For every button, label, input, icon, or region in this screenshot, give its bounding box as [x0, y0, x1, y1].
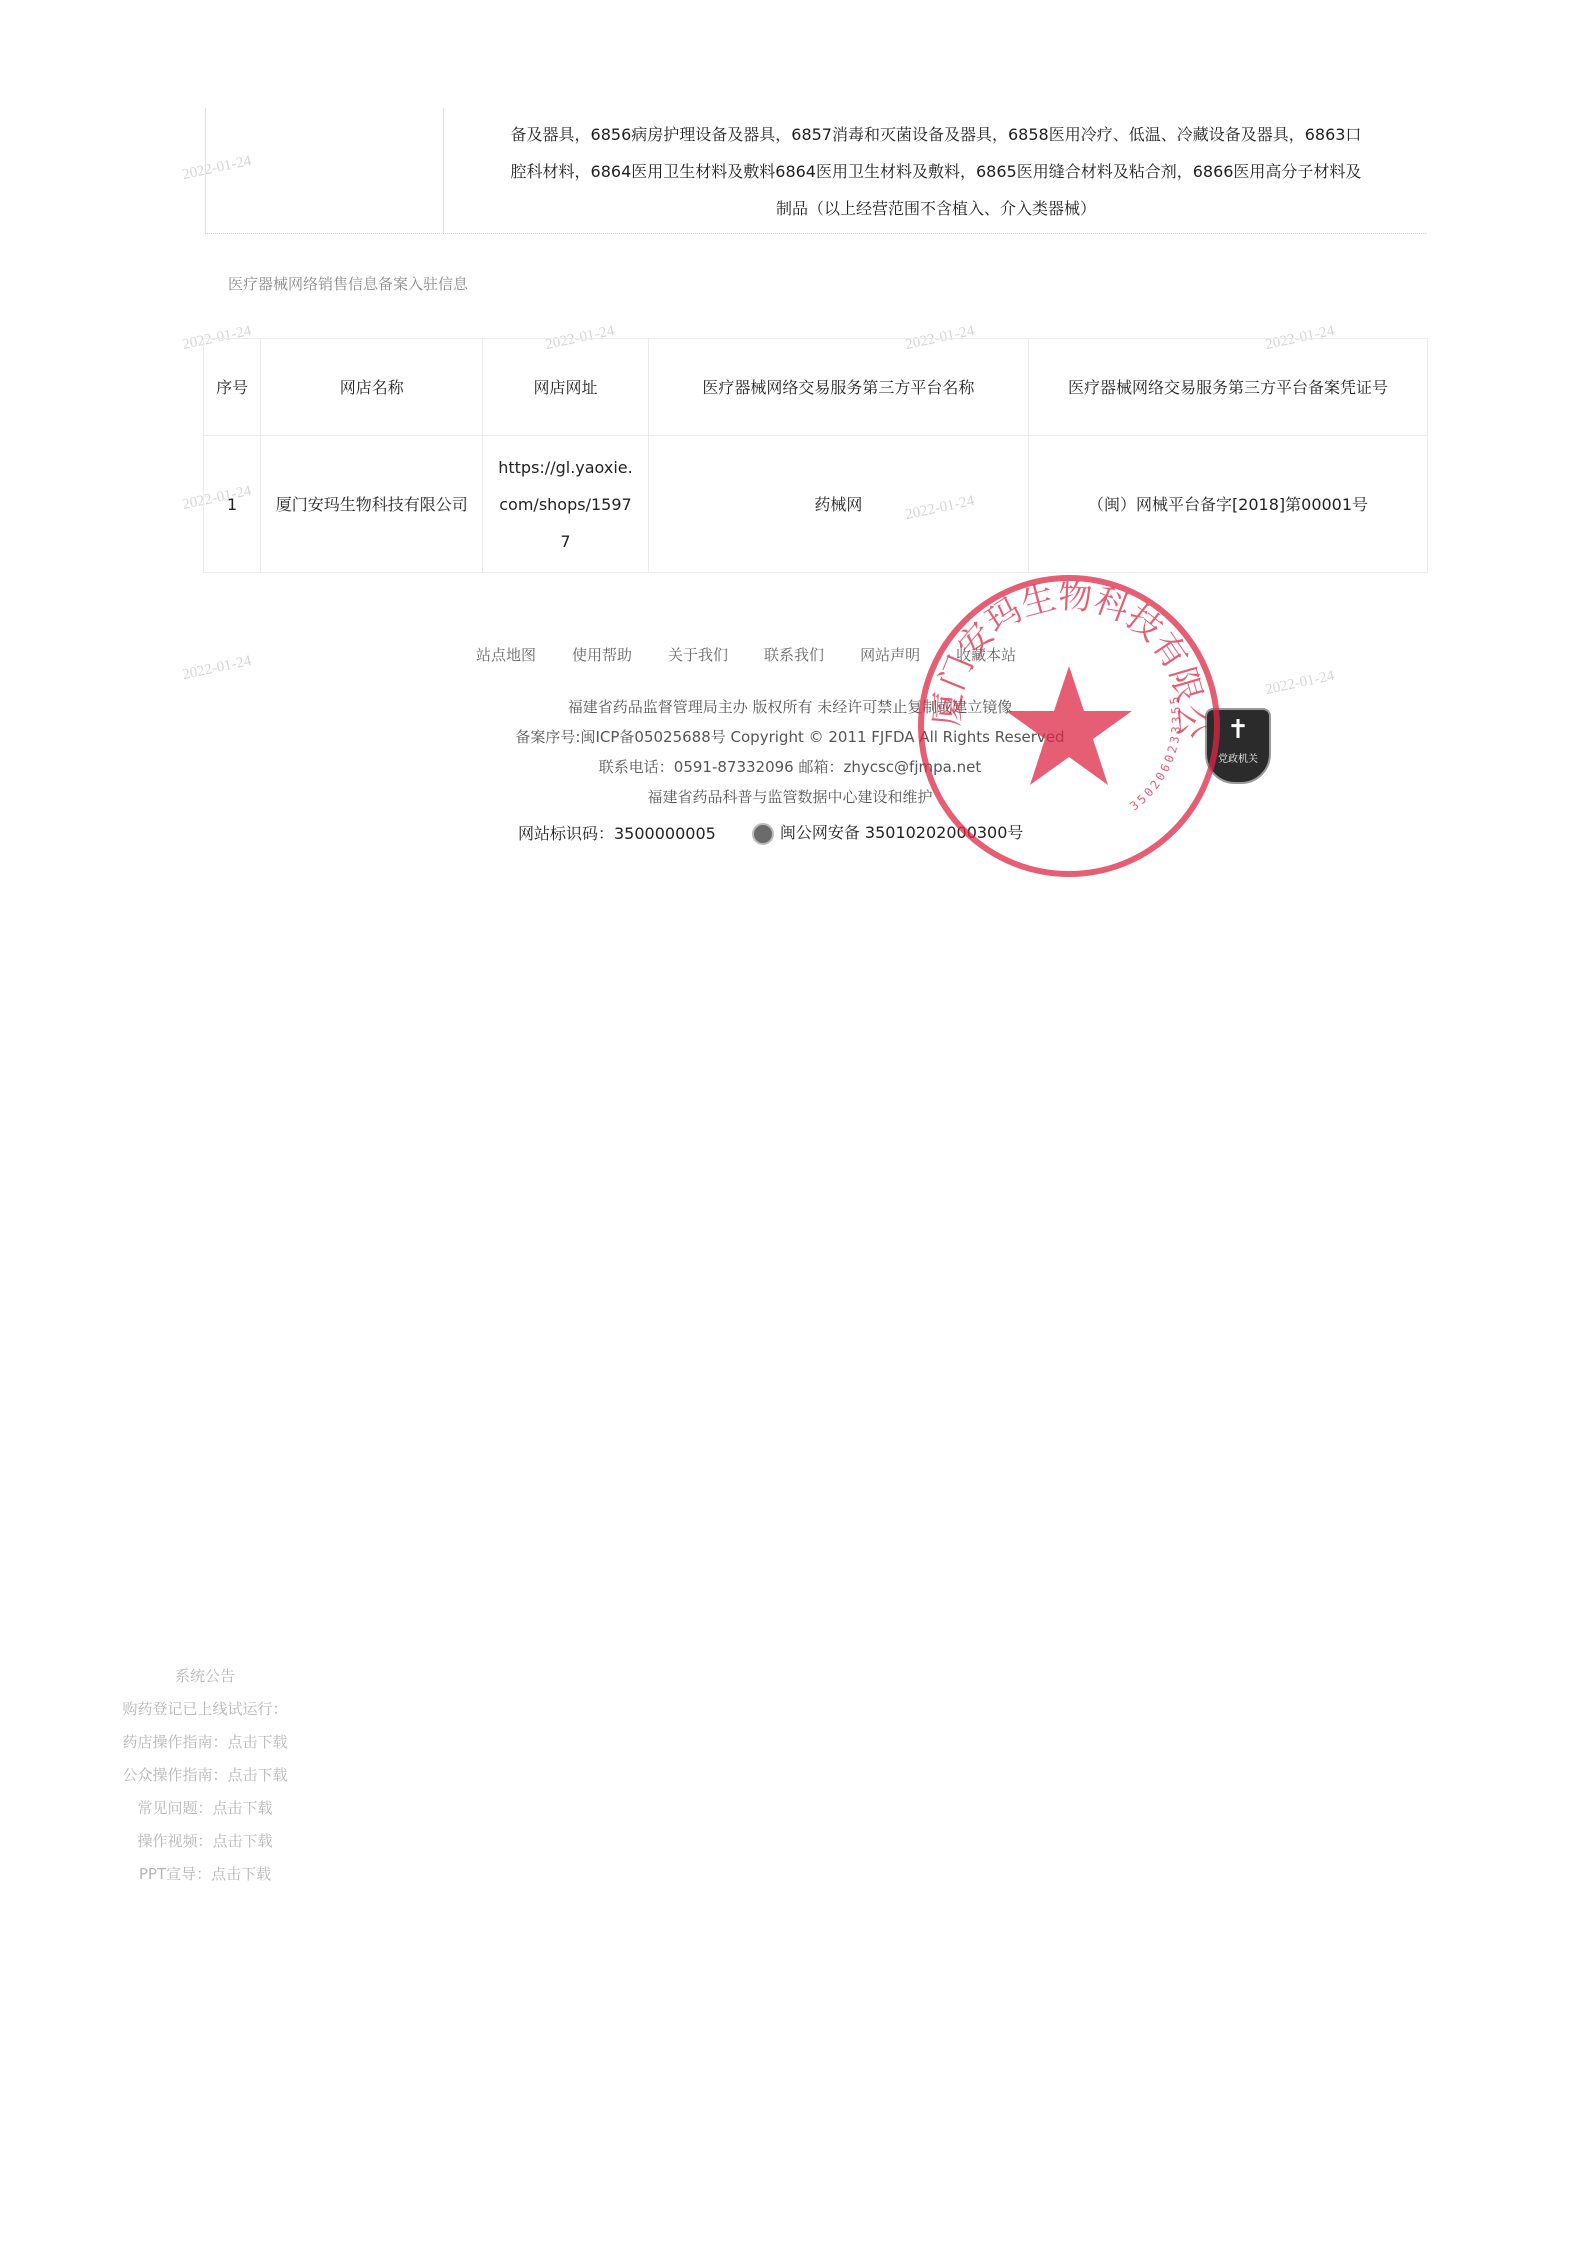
- header-platform-name: 医疗器械网络交易服务第三方平台名称: [648, 339, 1028, 436]
- footer-link-contact[interactable]: 联系我们: [764, 644, 824, 665]
- cell-index: 1: [204, 436, 261, 573]
- download-link-video[interactable]: 点击下载: [213, 1832, 273, 1850]
- footer-link-statement[interactable]: 网站声明: [860, 644, 920, 665]
- notice-item: PPT宣导：点击下载: [105, 1858, 305, 1891]
- scope-line: 备及器具，6856病房护理设备及器具，6857消毒和灭菌设备及器具，6858医用…: [456, 116, 1416, 153]
- notice-intro: 购药登记已上线试运行：: [105, 1693, 305, 1726]
- cell-shop-name: 厦门安玛生物科技有限公司: [261, 436, 483, 573]
- scope-text: 备及器具，6856病房护理设备及器具，6857消毒和灭菌设备及器具，6858医用…: [456, 116, 1416, 227]
- police-badge-icon: [752, 823, 774, 845]
- cell-shop-url[interactable]: https://gl.yaoxie.com/shops/15977: [483, 436, 649, 573]
- footer-link-bookmark[interactable]: 收藏本站: [956, 644, 1016, 665]
- notice-item-label: 操作视频：: [137, 1832, 212, 1850]
- header-shop-url: 网店网址: [483, 339, 649, 436]
- header-shop-name: 网店名称: [261, 339, 483, 436]
- police-record-link[interactable]: 闽公网安备 35010202000300号: [752, 820, 1024, 845]
- notice-item: 常见问题：点击下载: [105, 1792, 305, 1825]
- scope-line: 制品（以上经营范围不含植入、介入类器械）: [456, 190, 1416, 227]
- site-code: 网站标识码：3500000005: [518, 821, 716, 844]
- notice-item-label: 公众操作指南：: [122, 1766, 227, 1784]
- table-row: 1 厦门安玛生物科技有限公司 https://gl.yaoxie.com/sho…: [204, 436, 1428, 573]
- police-record-text: 闽公网安备 35010202000300号: [780, 823, 1024, 842]
- gov-emblem-icon: ✝: [1207, 710, 1269, 750]
- header-platform-cert: 医疗器械网络交易服务第三方平台备案凭证号: [1029, 339, 1428, 436]
- scope-label-cell: [206, 108, 444, 233]
- download-link-pharmacy-guide[interactable]: 点击下载: [228, 1733, 288, 1751]
- footer-maintainer: 福建省药品科普与监管数据中心建设和维护: [440, 782, 1140, 812]
- footer-contact: 联系电话：0591-87332096 邮箱：zhycsc@fjmpa.net: [440, 752, 1140, 782]
- badge-label: 党政机关: [1207, 750, 1269, 765]
- notice-title: 系统公告: [105, 1660, 305, 1693]
- footer-link-help[interactable]: 使用帮助: [572, 644, 632, 665]
- footer-nav: 站点地图 使用帮助 关于我们 联系我们 网站声明 收藏本站: [476, 644, 1016, 665]
- section-title: 医疗器械网络销售信息备案入驻信息: [228, 273, 468, 294]
- header-index: 序号: [204, 339, 261, 436]
- filing-table: 序号 网店名称 网店网址 医疗器械网络交易服务第三方平台名称 医疗器械网络交易服…: [203, 338, 1428, 573]
- cell-platform-name: 药械网: [648, 436, 1028, 573]
- notice-item: 操作视频：点击下载: [105, 1825, 305, 1858]
- notice-item-label: 常见问题：: [137, 1799, 212, 1817]
- cell-platform-cert: （闽）网械平台备字[2018]第00001号: [1029, 436, 1428, 573]
- download-link-public-guide[interactable]: 点击下载: [228, 1766, 288, 1784]
- footer-copyright: 备案序号:闽ICP备05025688号 Copyright © 2011 FJF…: [440, 722, 1140, 752]
- scope-line: 腔科材料，6864医用卫生材料及敷料6864医用卫生材料及敷料，6865医用缝合…: [456, 153, 1416, 190]
- notice-item-label: 药店操作指南：: [122, 1733, 227, 1751]
- footer-identifiers: 网站标识码：3500000005 闽公网安备 35010202000300号: [518, 820, 1023, 845]
- notice-item: 药店操作指南：点击下载: [105, 1726, 305, 1759]
- footer-sponsor: 福建省药品监督管理局主办 版权所有 未经许可禁止复制或建立镜像: [440, 692, 1140, 722]
- table-header-row: 序号 网店名称 网店网址 医疗器械网络交易服务第三方平台名称 医疗器械网络交易服…: [204, 339, 1428, 436]
- gov-agency-badge[interactable]: ✝ 党政机关: [1205, 708, 1271, 784]
- system-notice-panel: 系统公告 购药登记已上线试运行： 药店操作指南：点击下载 公众操作指南：点击下载…: [105, 1660, 305, 1891]
- date-watermark: 2022-01-24: [1264, 668, 1336, 699]
- date-watermark: 2022-01-24: [181, 653, 253, 684]
- footer-link-about[interactable]: 关于我们: [668, 644, 728, 665]
- footer-link-sitemap[interactable]: 站点地图: [476, 644, 536, 665]
- notice-item: 公众操作指南：点击下载: [105, 1759, 305, 1792]
- download-link-ppt[interactable]: 点击下载: [211, 1865, 271, 1883]
- business-scope-fragment: 备及器具，6856病房护理设备及器具，6857消毒和灭菌设备及器具，6858医用…: [205, 108, 1426, 234]
- download-link-faq[interactable]: 点击下载: [213, 1799, 273, 1817]
- notice-item-label: PPT宣导：: [139, 1865, 211, 1883]
